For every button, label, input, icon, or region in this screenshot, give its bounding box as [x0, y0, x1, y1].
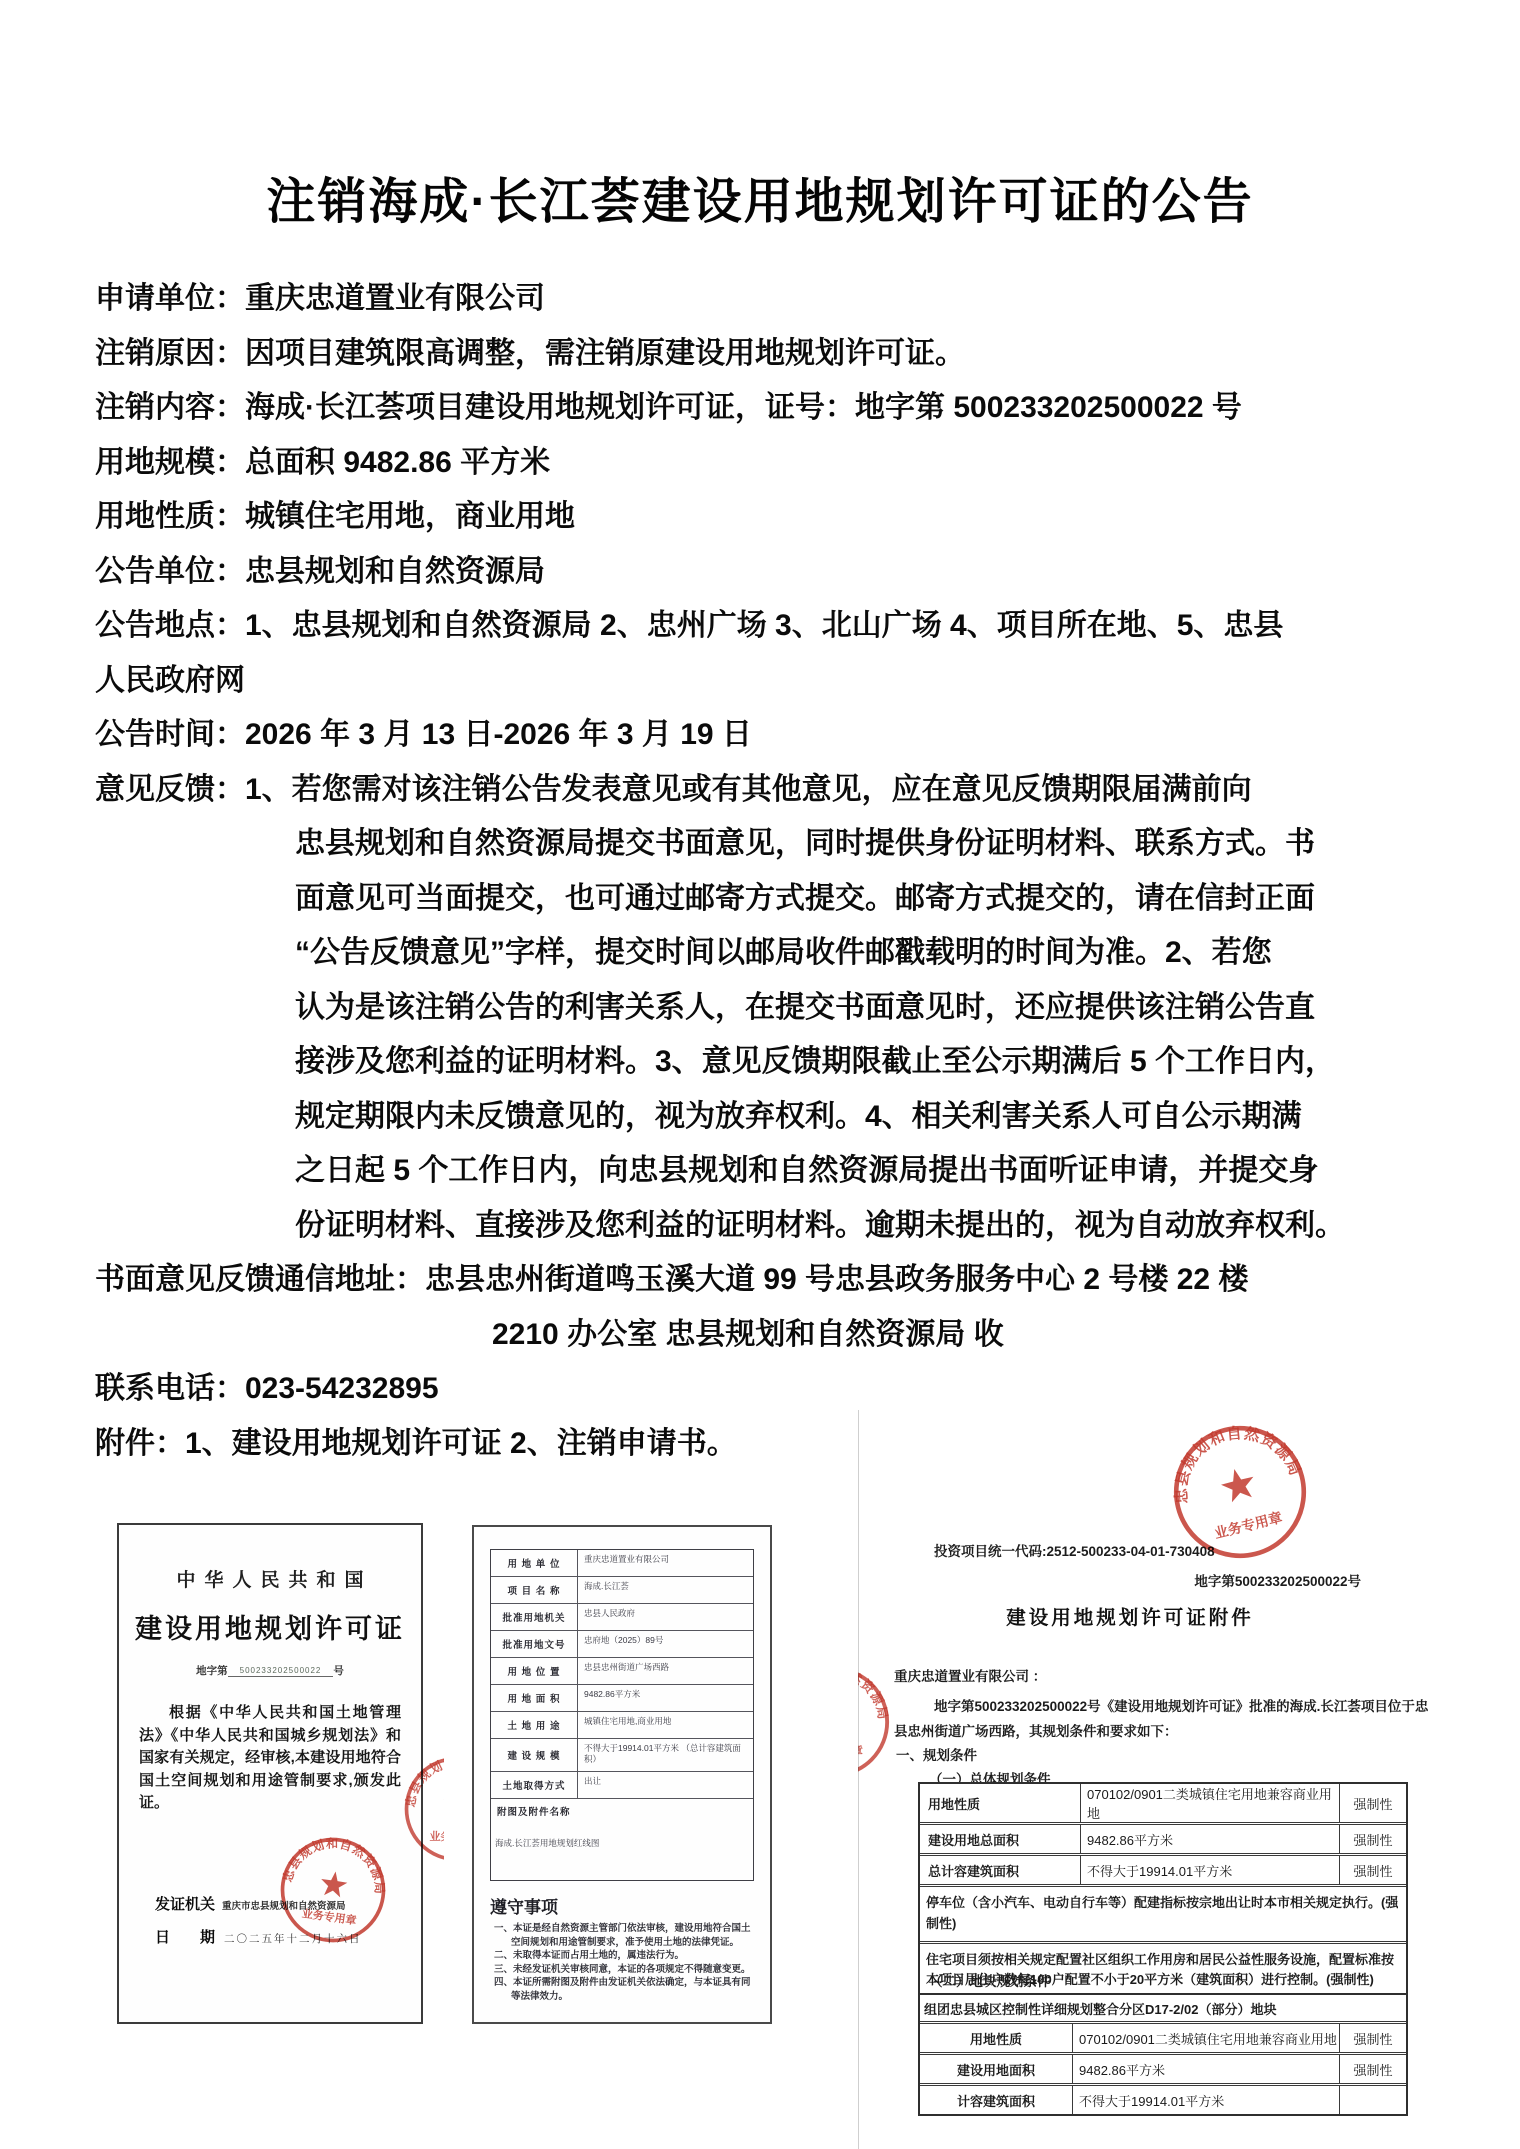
table-row: 用地性质 070102/0901二类城镇住宅用地兼容商业用地 强制性 — [920, 2024, 1406, 2055]
permit-body-text: 根据《中华人民共和国土地管理法》《中华人民共和国城乡规划法》和国家有关规定，经审… — [139, 1702, 401, 1815]
appendix-paragraph: 地字第500233202500022号《建设用地规划许可证》批准的海成.长江荟项… — [934, 1695, 1428, 1715]
table-row: 建设用地面积 9482.86平方米 强制性 — [920, 2055, 1406, 2086]
announcement-line: 书面意见反馈通信地址：忠县忠州街道鸣玉溪大道 99 号忠县政务服务中心 2 号楼… — [95, 1253, 1445, 1308]
announcement-line: 公告地点：1、忠县规划和自然资源局 2、忠州广场 3、北山广场 4、项目所在地、… — [95, 599, 1445, 654]
notice-item: 一、本证是经自然资源主管部门依法审核，建设用地符合国土空间规划和用途管制要求，准… — [494, 1922, 758, 1949]
star-icon — [1218, 1465, 1258, 1504]
appendix-paragraph: 县忠州街道广场西路，其规划条件和要求如下： — [894, 1720, 1178, 1740]
stamp-type-text: 业务专用章 — [430, 1829, 444, 1843]
stamp-org-text: 忠县规划和自然资源局 — [858, 1665, 891, 1721]
stamp-type-text: 业务专用章 — [858, 1744, 863, 1758]
notice-title: 遵守事项 — [490, 1893, 558, 1918]
official-stamp-icon: 忠县规划和自然资源局 业务专用章 — [269, 1826, 398, 1955]
announcement-line: 人民政府网 — [95, 654, 1445, 709]
announcement-page: 注销海成·长江荟建设用地规划许可证的公告 申请单位：重庆忠道置业有限公司 注销原… — [0, 0, 1520, 2149]
table-row: 建设用地总面积 9482.86平方米 强制性 — [920, 1825, 1406, 1856]
appendix-subsection: （二）地块规划条件 — [929, 1970, 1051, 1990]
announcement-line: 认为是该注销公告的利害关系人，在提交书面意见时，还应提供该注销公告直 — [95, 981, 1445, 1036]
announcement-line: 意见反馈：1、若您需对该注销公告发表意见或有其他意见，应在意见反馈期限届满前向 — [95, 763, 1445, 818]
table-row: 项 目 名 称海成.长江荟 — [491, 1577, 753, 1604]
notice-item: 三、未经发证机关审核同意，本证的各项规定不得随意变更。 — [494, 1963, 758, 1977]
announcement-line: 2210 办公室 忠县规划和自然资源局 收 — [95, 1308, 1445, 1363]
announcement-line: 之日起 5 个工作日内，向忠县规划和自然资源局提出书面听证申请，并提交身 — [95, 1144, 1445, 1199]
issuer-label: 发证机关 — [155, 1896, 215, 1913]
stamp-org-text: 忠县规划和自然资源局 — [402, 1754, 444, 1808]
page-title: 注销海成·长江荟建设用地规划许可证的公告 — [0, 163, 1520, 233]
announcement-line: 注销内容：海成·长江荟项目建设用地规划许可证，证号：地字第 5002332025… — [95, 381, 1445, 436]
table-row: 批准用地文号忠府地（2025）89号 — [491, 1631, 753, 1658]
announcement-line: 忠县规划和自然资源局提交书面意见，同时提供身份证明材料、联系方式。书 — [95, 817, 1445, 872]
permit-serial: 地字第500233202500022号 — [119, 1663, 421, 1678]
announcement-line-phone: 联系电话：023-54232895 — [95, 1362, 1445, 1417]
permit-title: 建设用地规划许可证 — [119, 1607, 421, 1646]
announcement-line: 规定期限内未反馈意见的，视为放弃权利。4、相关利害关系人可自公示期满 — [95, 1090, 1445, 1145]
project-code: 投资项目统一代码:2512-500233-04-01-730408 — [934, 1540, 1215, 1560]
announcement-line: 注销原因：因项目建筑限高调整，需注销原建设用地规划许可证。 — [95, 327, 1445, 382]
announcement-line: 接涉及您利益的证明材料。3、意见反馈期限截止至公示期满后 5 个工作日内， — [95, 1035, 1445, 1090]
announcement-line: 用地规模：总面积 9482.86 平方米 — [95, 436, 1445, 491]
announcement-line: 公告时间：2026 年 3 月 13 日-2026 年 3 月 19 日 — [95, 708, 1445, 763]
appendix-title: 建设用地规划许可证附件 — [859, 1602, 1401, 1630]
star-icon — [319, 1870, 349, 1899]
table-row: 计容建筑面积 不得大于19914.01平方米 — [920, 2086, 1406, 2114]
serial-suffix: 号 — [333, 1665, 344, 1677]
permit-appendix-document: 投资项目统一代码:2512-500233-04-01-730408 地字第500… — [858, 1410, 1407, 2149]
stamp-type-text: 业务专用章 — [301, 1906, 357, 1928]
svg-text:忠县规划和自然资源局: 忠县规划和自然资源局 — [402, 1754, 444, 1808]
table-row: 土 地 用 途城镇住宅用地,商业用地 — [491, 1712, 753, 1739]
permit-info-table: 用 地 单 位重庆忠道置业有限公司 项 目 名 称海成.长江荟 批准用地机关忠县… — [490, 1549, 754, 1881]
announcement-body: 申请单位：重庆忠道置业有限公司 注销原因：因项目建筑限高调整，需注销原建设用地规… — [95, 272, 1445, 1471]
table-row: 总计容建筑面积 不得大于19914.01平方米 强制性 — [920, 1856, 1406, 1887]
table-note: 停车位（含小汽车、电动自行车等）配建指标按宗地出让时本市相关规定执行。(强制性) — [920, 1887, 1406, 1944]
date-label: 日 期 — [155, 1929, 215, 1946]
announcement-line: 申请单位：重庆忠道置业有限公司 — [95, 272, 1445, 327]
appendix-addressee: 重庆忠道置业有限公司 ： — [894, 1665, 1046, 1685]
table-row: 批准用地机关忠县人民政府 — [491, 1604, 753, 1631]
announcement-line: 面意见可当面提交，也可通过邮寄方式提交。邮寄方式提交的，请在信封正面 — [95, 872, 1445, 927]
serial-number: 500233202500022 — [228, 1666, 334, 1677]
appendix-section: 一、规划条件 — [896, 1744, 977, 1764]
table-row: 用 地 位 置忠县忠州街道广场西路 — [491, 1658, 753, 1685]
table-row: 用 地 单 位重庆忠道置业有限公司 — [491, 1550, 753, 1577]
attachment-cell: 附图及附件名称 海成.长江荟用地规划红线图 — [491, 1799, 753, 1880]
partial-stamp-icon: 忠县规划和自然资源局 业务专用章 — [400, 1752, 444, 1868]
notice-list: 一、本证是经自然资源主管部门依法审核，建设用地符合国土空间规划和用途管制要求，准… — [494, 1922, 758, 2003]
stamp-type-text: 业务专用章 — [1213, 1509, 1284, 1541]
table-row: 用 地 面 积9482.86平方米 — [491, 1685, 753, 1712]
notice-item: 二、未取得本证而占用土地的，属违法行为。 — [494, 1949, 758, 1963]
permit-country: 中华人民共和国 — [119, 1565, 421, 1592]
appendix-serial: 地字第500233202500022号 — [859, 1570, 1361, 1590]
table-row: 土地取得方式出让 — [491, 1772, 753, 1799]
table-header: 组团忠县城区控制性详细规划整合分区D17-2/02（部分）地块 — [920, 1995, 1406, 2024]
table-row: 建 设 规 模不得大于19914.01平方米 （总计容建筑面积） — [491, 1739, 753, 1772]
parcel-conditions-table: 组团忠县城区控制性详细规划整合分区D17-2/02（部分）地块 用地性质 070… — [918, 1993, 1408, 2116]
svg-text:忠县规划和自然资源局: 忠县规划和自然资源局 — [858, 1665, 891, 1721]
notice-item: 四、本证所需附图及附件由发证机关依法确定，与本证具有同等法律效力。 — [494, 1976, 758, 2003]
announcement-line: 用地性质：城镇住宅用地，商业用地 — [95, 490, 1445, 545]
serial-prefix: 地字第 — [196, 1665, 228, 1677]
announcement-line: “公告反馈意见”字样，提交时间以邮局收件邮戳载明的时间为准。2、若您 — [95, 926, 1445, 981]
announcement-line: 公告单位：忠县规划和自然资源局 — [95, 545, 1445, 600]
permit-info-document: 用 地 单 位重庆忠道置业有限公司 项 目 名 称海成.长江荟 批准用地机关忠县… — [472, 1525, 772, 2024]
table-row: 用地性质 070102/0901二类城镇住宅用地兼容商业用地 强制性 — [920, 1784, 1406, 1825]
announcement-line: 份证明材料、直接涉及您利益的证明材料。逾期未提出的，视为自动放弃权利。 — [95, 1199, 1445, 1254]
partial-stamp-icon: 忠县规划和自然资源局 业务专用章 — [858, 1662, 896, 1790]
